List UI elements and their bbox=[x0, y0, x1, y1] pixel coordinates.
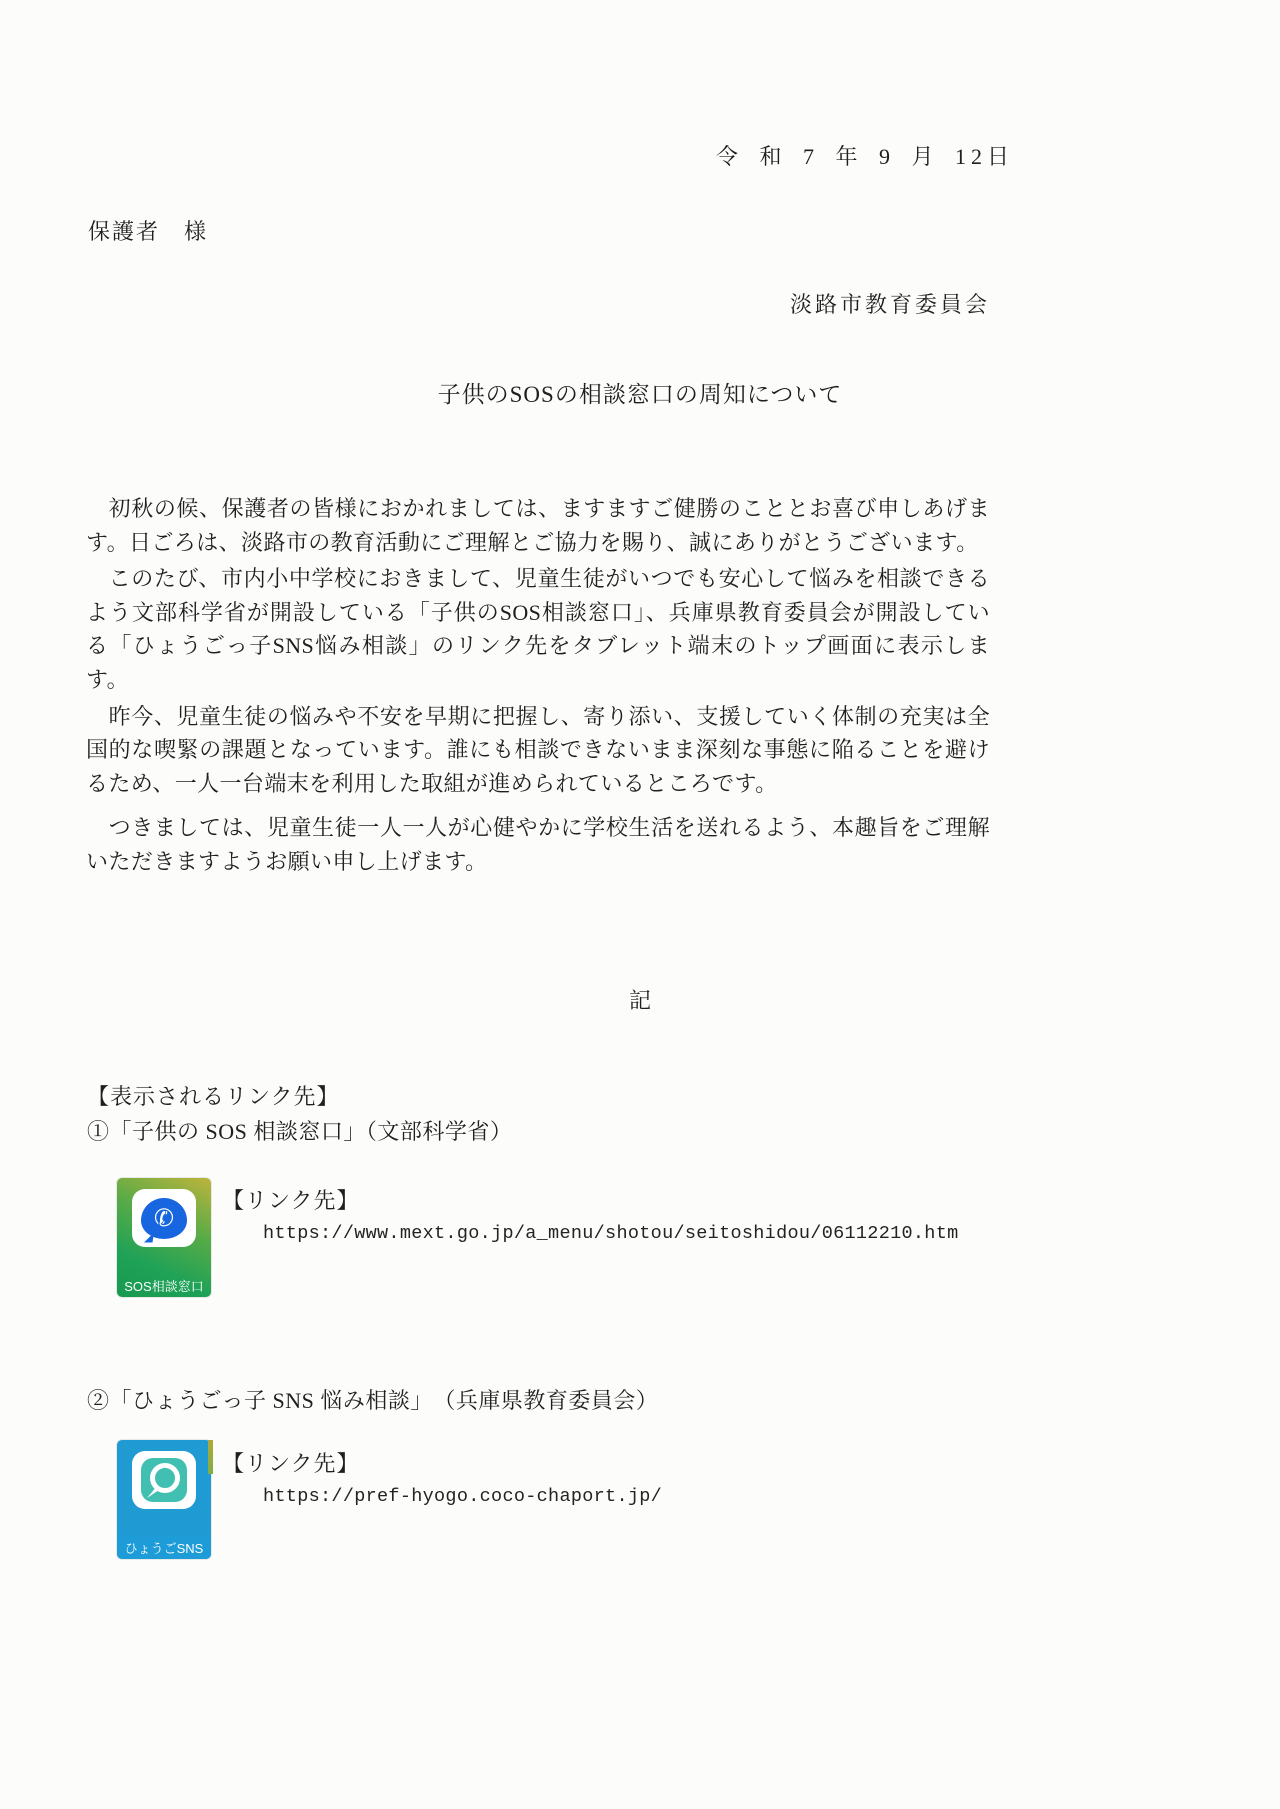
paragraph-greeting: 初秋の候、保護者の皆様におかれましては、ますますご健勝のこととお喜び申しあげます… bbox=[86, 492, 990, 559]
document-date: 令 和 7 年 9 月 12日 bbox=[716, 140, 1014, 171]
app-icon-2-caption: ひょうごSNS bbox=[117, 1535, 211, 1559]
hyogo-sns-app-icon: ひょうごSNS bbox=[117, 1440, 211, 1559]
paragraph-background: 昨今、児童生徒の悩みや不安を早期に把握し、寄り添い、支援していく体制の充実は全国… bbox=[86, 700, 990, 801]
icon-white-card: ✆ bbox=[132, 1189, 196, 1247]
recipient-line: 保護者 様 bbox=[88, 215, 208, 246]
letter-body: 初秋の候、保護者の皆様におかれましては、ますますご健勝のこととお喜び申しあげます… bbox=[86, 492, 990, 882]
hyogo-sns-url: https://pref-hyogo.coco-chaport.jp/ bbox=[263, 1486, 662, 1507]
icon-white-card bbox=[132, 1451, 196, 1509]
speech-bubble-spiral-icon bbox=[141, 1458, 187, 1502]
spiral-ring-glyph bbox=[150, 1463, 180, 1493]
document-title: 子供のSOSの相談窓口の周知について bbox=[0, 376, 1280, 409]
link-heading-1: 【リンク先】 bbox=[222, 1184, 360, 1215]
link-item-2-label: ②「ひょうごっ子 SNS 悩み相談」 （兵庫県教育委員会） bbox=[87, 1384, 658, 1415]
app-icon-1-caption: SOS相談窓口 bbox=[117, 1273, 211, 1297]
sender-organization: 淡路市教育委員会 bbox=[790, 288, 990, 319]
notation-marker: 記 bbox=[0, 984, 1280, 1015]
paragraph-closing: つきましては、児童生徒一人一人が心健やかに学校生活を送れるよう、本趣旨をご理解い… bbox=[86, 811, 990, 878]
mext-sos-url: https://www.mext.go.jp/a_menu/shotou/sei… bbox=[263, 1223, 959, 1244]
sos-soudan-app-icon: ✆ SOS相談窓口 bbox=[117, 1178, 211, 1297]
paragraph-announcement: このたび、市内小中学校におきまして、児童生徒がいつでも安心して悩みを相談できるよ… bbox=[86, 562, 990, 696]
scanned-letter-page: 令 和 7 年 9 月 12日 保護者 様 淡路市教育委員会 子供のSOSの相談… bbox=[0, 0, 1280, 1809]
speech-bubble-phone-icon: ✆ bbox=[141, 1198, 187, 1239]
link-item-1-label: ①「子供の SOS 相談窓口」（文部科学省） bbox=[87, 1115, 512, 1146]
link-heading-2: 【リンク先】 bbox=[222, 1447, 360, 1478]
links-section-heading: 【表示されるリンク先】 bbox=[87, 1080, 340, 1111]
phone-receiver-icon: ✆ bbox=[152, 1205, 175, 1232]
